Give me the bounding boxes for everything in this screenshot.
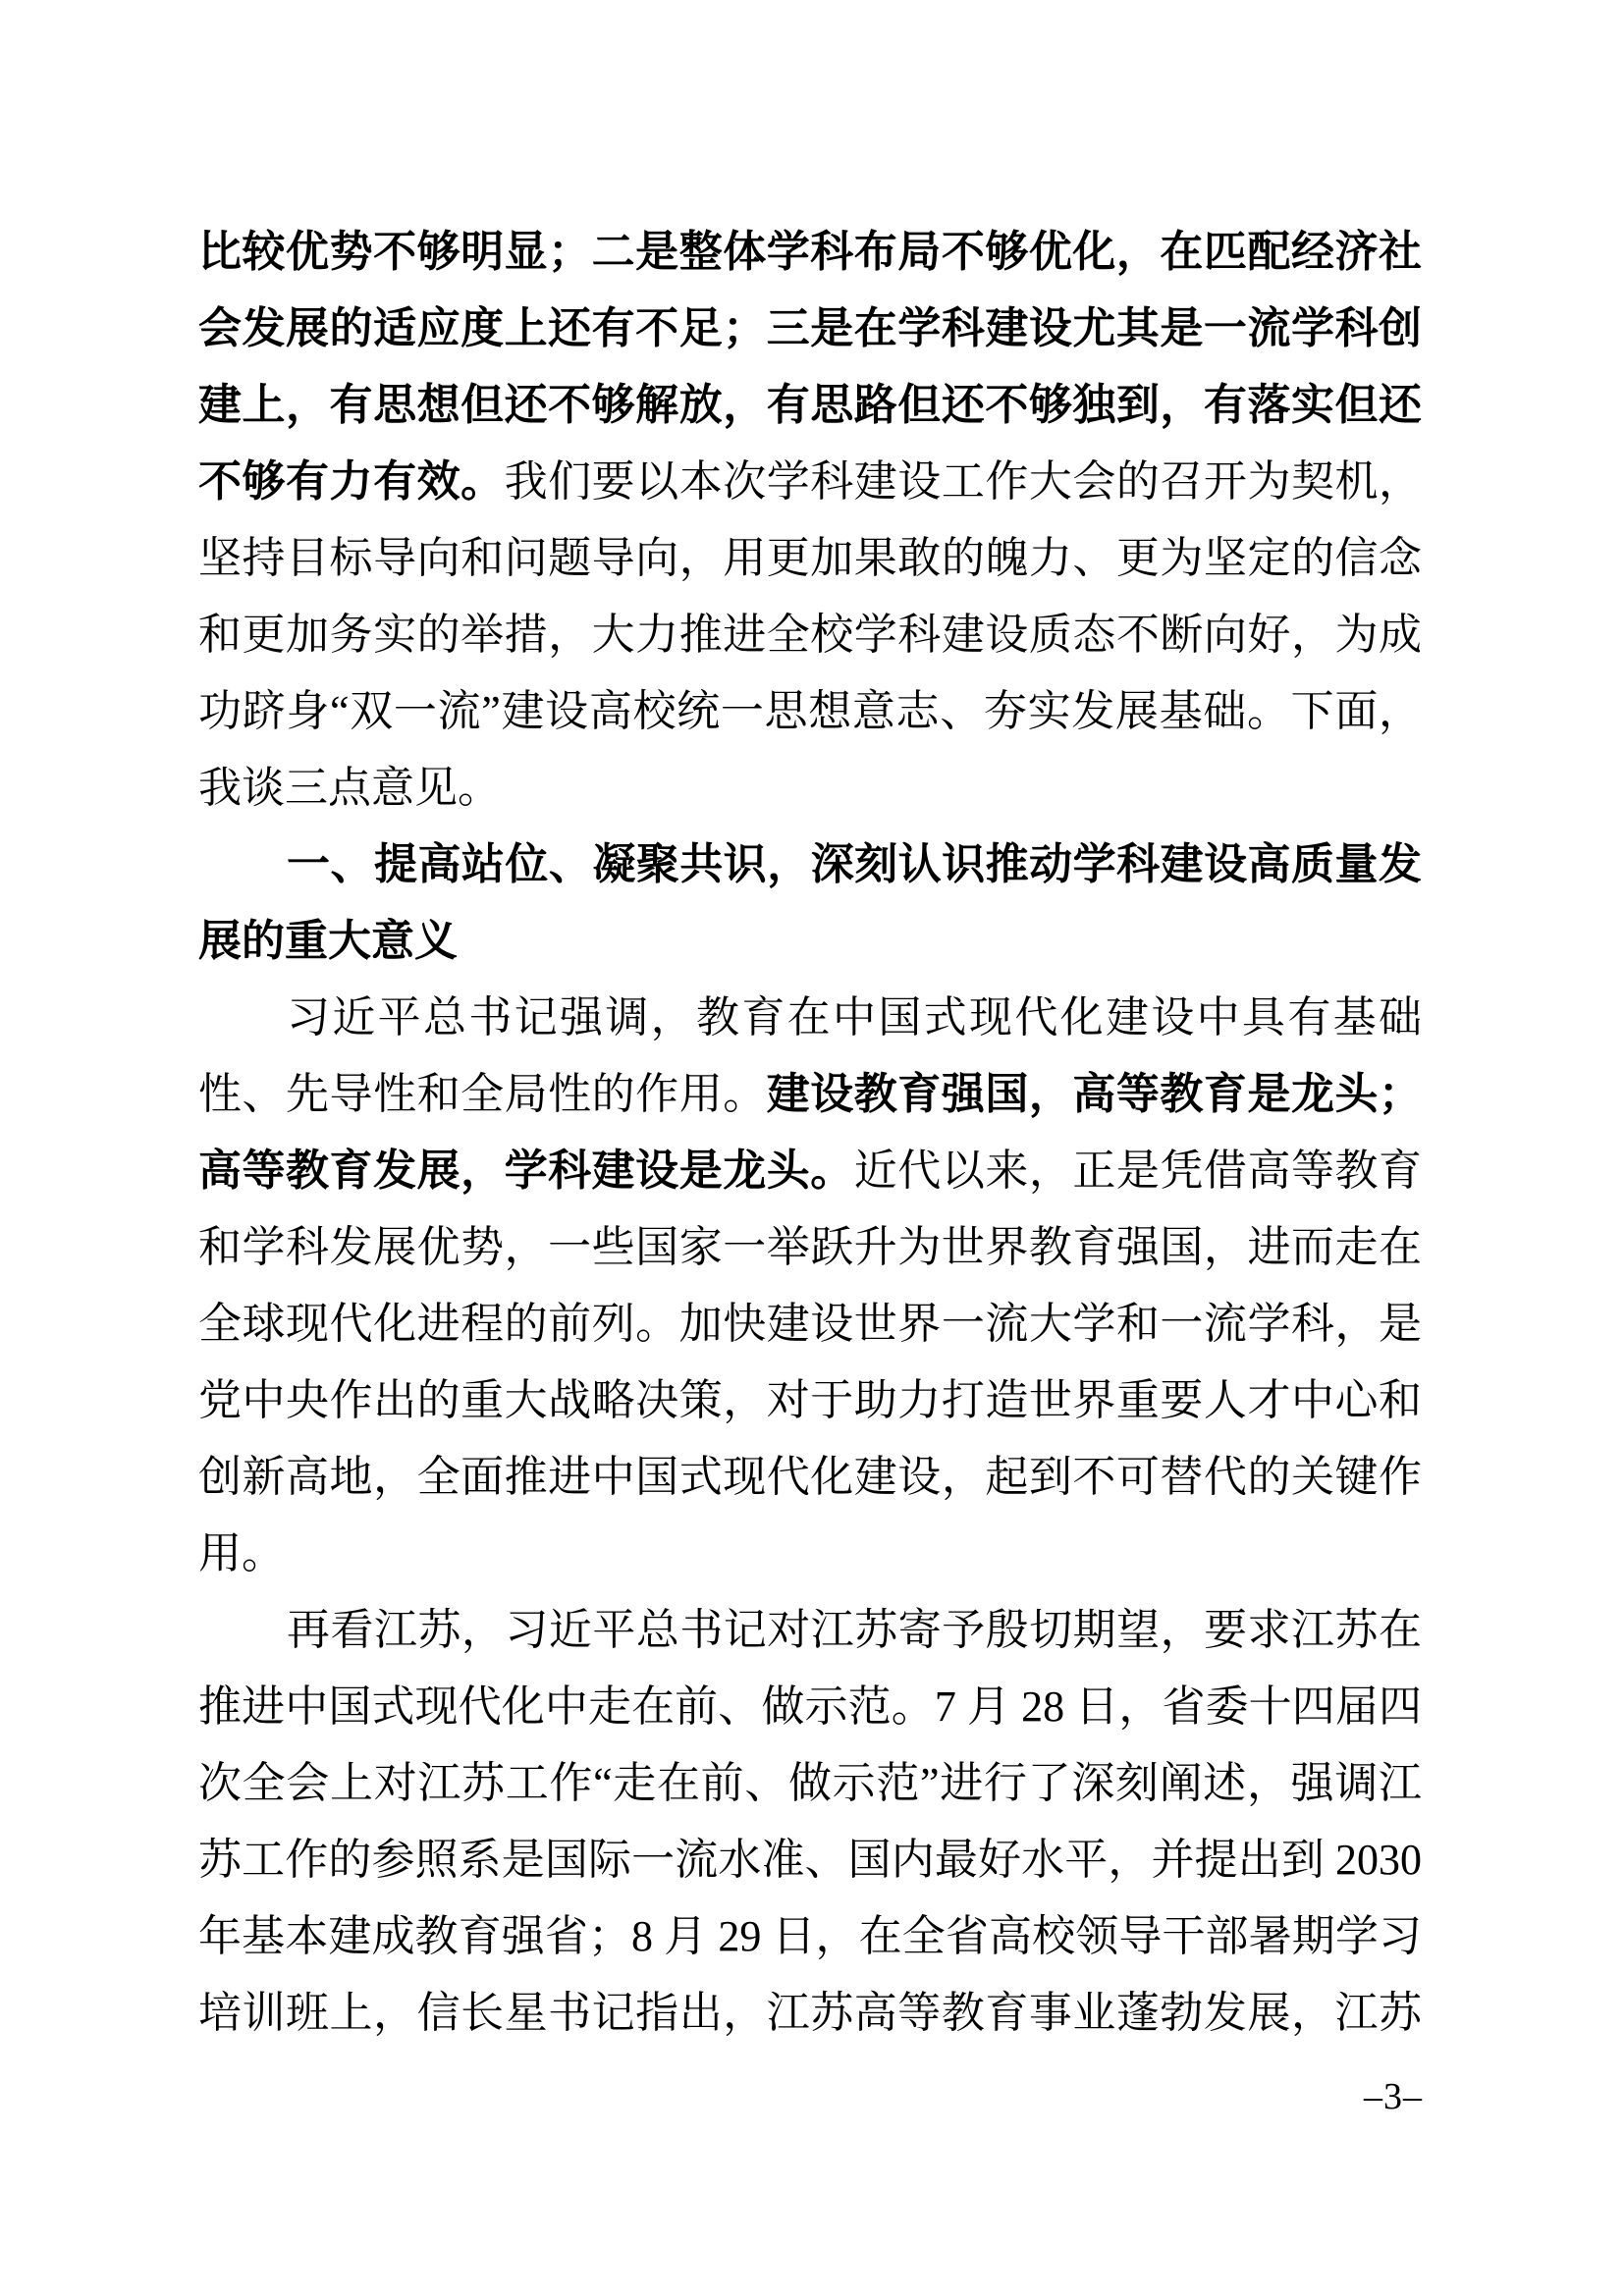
text-segment: 近代以来，正是凭借高等教育 [854, 1147, 1422, 1195]
text-segment: 再看江苏，习近平总书记对江苏寄予殷切期望，要求江苏在 [287, 1606, 1422, 1654]
text-segment: 习近平总书记强调，教育在中国式现代化建设中具有基础 [287, 993, 1422, 1041]
text-segment: 培训班上，信长星书记指出，江苏高等教育事业蓬勃发展，江苏 [198, 1989, 1422, 2037]
text-segment: 创新高地，全面推进中国式现代化建设，起到不可替代的关键作 [198, 1453, 1422, 1501]
text-line: 年基本建成教育强省；8 月 29 日，在全省高校领导干部暑期学习 [198, 1898, 1422, 1975]
text-segment: 一、提高站位、凝聚共识，深刻认识推动学科建设高质量发 [287, 840, 1422, 888]
text-line: 不够有力有效。我们要以本次学科建设工作大会的召开为契机， [198, 444, 1422, 520]
text-segment: 全球现代化进程的前列。加快建设世界一流大学和一流学科，是 [198, 1300, 1422, 1348]
text-line: 展的重大意义 [198, 903, 1422, 980]
text-segment: 推进中国式现代化中走在前、做示范。7 月 28 日，省委十四届四 [198, 1682, 1422, 1731]
text-line: 习近平总书记强调，教育在中国式现代化建设中具有基础 [198, 980, 1422, 1056]
text-line: 次全会上对江苏工作“走在前、做示范”进行了深刻阐述，强调江 [198, 1745, 1422, 1822]
document-page: 比较优势不够明显；二是整体学科布局不够优化，在匹配经济社会发展的适应度上还有不足… [0, 0, 1624, 2296]
text-line: 建上，有思想但还不够解放，有思路但还不够独到，有落实但还 [198, 367, 1422, 444]
text-line: 坚持目标导向和问题导向，用更加果敢的魄力、更为坚定的信念 [198, 520, 1422, 597]
text-segment: 会发展的适应度上还有不足；三是在学科建设尤其是一流学科创 [198, 304, 1422, 352]
text-segment: 建上，有思想但还不够解放，有思路但还不够独到，有落实但还 [198, 381, 1422, 429]
text-line: 再看江苏，习近平总书记对江苏寄予殷切期望，要求江苏在 [198, 1592, 1422, 1669]
document-body: 比较优势不够明显；二是整体学科布局不够优化，在匹配经济社会发展的适应度上还有不足… [198, 214, 1422, 2052]
text-line: 和学科发展优势，一些国家一举跃升为世界教育强国，进而走在 [198, 1209, 1422, 1286]
text-line: 用。 [198, 1516, 1422, 1592]
text-line: 和更加务实的举措，大力推进全校学科建设质态不断向好，为成 [198, 597, 1422, 673]
text-line: 功跻身“双一流”建设高校统一思想意志、夯实发展基础。下面， [198, 673, 1422, 750]
text-line: 一、提高站位、凝聚共识，深刻认识推动学科建设高质量发 [198, 827, 1422, 903]
text-segment: 不够有力有效。 [198, 457, 505, 506]
text-line: 党中央作出的重大战略决策，对于助力打造世界重要人才中心和 [198, 1362, 1422, 1439]
text-segment: 苏工作的参照系是国际一流水准、国内最好水平，并提出到 2030 [198, 1836, 1422, 1884]
text-segment: 年基本建成教育强省；8 月 29 日，在全省高校领导干部暑期学习 [198, 1912, 1422, 1960]
text-segment: 用。 [198, 1529, 285, 1577]
text-segment: 党中央作出的重大战略决策，对于助力打造世界重要人才中心和 [198, 1376, 1422, 1424]
text-segment: 坚持目标导向和问题导向，用更加果敢的魄力、更为坚定的信念 [198, 534, 1422, 582]
text-line: 我谈三点意见。 [198, 750, 1422, 827]
text-line: 全球现代化进程的前列。加快建设世界一流大学和一流学科，是 [198, 1286, 1422, 1362]
text-line: 培训班上，信长星书记指出，江苏高等教育事业蓬勃发展，江苏 [198, 1975, 1422, 2052]
text-segment: 我谈三点意见。 [198, 764, 501, 812]
text-segment: 高等教育发展，学科建设是龙头。 [198, 1147, 854, 1195]
text-segment: 建设教育强国，高等教育是龙头； [767, 1070, 1422, 1118]
text-line: 创新高地，全面推进中国式现代化建设，起到不可替代的关键作 [198, 1439, 1422, 1516]
text-segment: 我们要以本次学科建设工作大会的召开为契机， [505, 457, 1422, 506]
text-segment: 次全会上对江苏工作“走在前、做示范”进行了深刻阐述，强调江 [198, 1759, 1422, 1807]
text-segment: 和更加务实的举措，大力推进全校学科建设质态不断向好，为成 [198, 611, 1422, 659]
text-segment: 功跻身“双一流”建设高校统一思想意志、夯实发展基础。下面， [198, 687, 1422, 735]
text-line: 会发展的适应度上还有不足；三是在学科建设尤其是一流学科创 [198, 291, 1422, 367]
text-line: 比较优势不够明显；二是整体学科布局不够优化，在匹配经济社 [198, 214, 1422, 291]
page-number: –3– [1364, 2073, 1423, 2120]
text-line: 苏工作的参照系是国际一流水准、国内最好水平，并提出到 2030 [198, 1822, 1422, 1898]
text-segment: 和学科发展优势，一些国家一举跃升为世界教育强国，进而走在 [198, 1223, 1422, 1271]
text-line: 性、先导性和全局性的作用。建设教育强国，高等教育是龙头； [198, 1056, 1422, 1133]
text-segment: 性、先导性和全局性的作用。 [198, 1070, 767, 1118]
text-line: 推进中国式现代化中走在前、做示范。7 月 28 日，省委十四届四 [198, 1669, 1422, 1745]
text-line: 高等教育发展，学科建设是龙头。近代以来，正是凭借高等教育 [198, 1133, 1422, 1209]
text-segment: 比较优势不够明显；二是整体学科布局不够优化，在匹配经济社 [198, 228, 1422, 276]
text-segment: 展的重大意义 [198, 917, 458, 965]
